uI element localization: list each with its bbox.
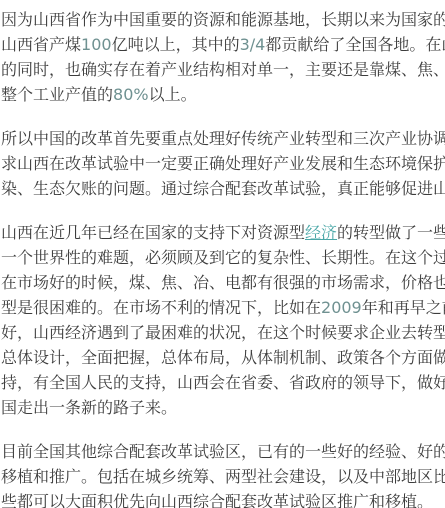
body-text: 整个工业产值的 (1, 85, 113, 104)
body-text: 所以中国的改革首先要重点处理好传统产业转型和三次产业协调发展的关 (1, 129, 445, 148)
body-text: 好，山西经济遇到了最困难的状况，在这个时候要求企业去转型，它没有 (1, 323, 445, 342)
body-text: 年和再早之前的 (362, 298, 445, 317)
body-text: 以上。 (149, 85, 197, 104)
text-line: 整个工业产值的80%以上。 (1, 82, 445, 107)
body-text: 持，有全国人民的支持，山西会在省委、省政府的领导下，做好资源型经 (1, 373, 445, 392)
body-text: 型是很困难的。在市场不利的情况下，比如在 (1, 298, 321, 317)
body-text: 些都可以大面积优先向山西综合配套改革试验区推广和移植。 (1, 492, 433, 508)
text-line: 目前全国其他综合配套改革试验区，已有的一些好的经验、好的政策，可 (1, 439, 445, 464)
numeric-text: 3/4 (240, 35, 266, 54)
text-line: 好，山西经济遇到了最困难的状况，在这个时候要求企业去转型，它没有 (1, 320, 445, 345)
body-text: 都贡献给了全国各地。在山西为国家 (265, 35, 445, 54)
body-text: 国走出一条新的路子来。 (1, 398, 177, 417)
numeric-text: 2009 (321, 298, 362, 317)
body-text: 一个世界性的难题，必须顾及到它的复杂性、长期性。在这个过程中我们 (1, 248, 445, 267)
body-text: 的转型做了一些有益的探 (337, 223, 445, 242)
body-text: 求山西在改革试验中一定要正确处理好产业发展和生态环境保护的关系。 (1, 154, 445, 173)
text-line: 山西在近几年已经在国家的支持下对资源型经济的转型做了一些有益的探 (1, 220, 445, 245)
keyword-link[interactable]: 经济 (305, 223, 337, 242)
body-text: 染、生态欠账的问题。通过综合配套改革试验，真正能够促进山西在经济 (1, 179, 445, 198)
body-text: 亿吨以上，其中的 (112, 35, 240, 54)
numeric-text: 100 (81, 35, 112, 54)
text-line: 移植和推广。包括在城乡统筹、两型社会建设，以及中部地区比照西部开 (1, 464, 445, 489)
text-line: 因为山西省作为中国重要的资源和能源基地，长期以来为国家的能源安全 (1, 7, 445, 32)
text-line: 山西省产煤100亿吨以上，其中的3/4都贡献给了全国各地。在山西为国家 (1, 32, 445, 57)
body-text: 因为山西省作为中国重要的资源和能源基地，长期以来为国家的能源安全 (1, 10, 445, 29)
text-line: 在市场好的时候，煤、焦、冶、电都有很强的市场需求，价格也很好，因 (1, 270, 445, 295)
text-line: 国走出一条新的路子来。 (1, 395, 445, 420)
text-line: 求山西在改革试验中一定要正确处理好产业发展和生态环境保护的关系。 (1, 151, 445, 176)
numeric-text: 80% (113, 85, 149, 104)
paragraph: 目前全国其他综合配套改革试验区，已有的一些好的经验、好的政策，可移植和推广。包括… (1, 439, 445, 508)
body-text: 总体设计，全面把握，总体布局，从体制机制、政策各个方面做出安排。 (1, 348, 445, 367)
body-text: 在市场好的时候，煤、焦、冶、电都有很强的市场需求，价格也很好，因 (1, 273, 445, 292)
body-text: 的同时，也确实存在着产业结构相对单一，主要还是靠煤、焦、冶、电（ (1, 60, 445, 79)
body-text: 目前全国其他综合配套改革试验区，已有的一些好的经验、好的政策，可 (1, 442, 445, 461)
text-line: 型是很困难的。在市场不利的情况下，比如在2009年和再早之前的1999年 (1, 295, 445, 320)
text-line: 些都可以大面积优先向山西综合配套改革试验区推广和移植。 (1, 489, 445, 508)
text-line: 所以中国的改革首先要重点处理好传统产业转型和三次产业协调发展的关 (1, 126, 445, 151)
text-line: 一个世界性的难题，必须顾及到它的复杂性、长期性。在这个过程中我们 (1, 245, 445, 270)
paragraph: 山西在近几年已经在国家的支持下对资源型经济的转型做了一些有益的探一个世界性的难题… (1, 220, 445, 420)
text-line: 持，有全国人民的支持，山西会在省委、省政府的领导下，做好资源型经 (1, 370, 445, 395)
body-text: 山西省产煤 (1, 35, 81, 54)
body-text: 移植和推广。包括在城乡统筹、两型社会建设，以及中部地区比照西部开 (1, 467, 445, 486)
article-text-body: 因为山西省作为中国重要的资源和能源基地，长期以来为国家的能源安全山西省产煤100… (0, 0, 445, 508)
paragraph: 所以中国的改革首先要重点处理好传统产业转型和三次产业协调发展的关求山西在改革试验… (1, 126, 445, 201)
body-text: 山西在近几年已经在国家的支持下对资源型 (1, 223, 305, 242)
paragraph: 因为山西省作为中国重要的资源和能源基地，长期以来为国家的能源安全山西省产煤100… (1, 7, 445, 107)
text-line: 染、生态欠账的问题。通过综合配套改革试验，真正能够促进山西在经济 (1, 176, 445, 201)
text-line: 总体设计，全面把握，总体布局，从体制机制、政策各个方面做出安排。 (1, 345, 445, 370)
text-line: 的同时，也确实存在着产业结构相对单一，主要还是靠煤、焦、冶、电（ (1, 57, 445, 82)
